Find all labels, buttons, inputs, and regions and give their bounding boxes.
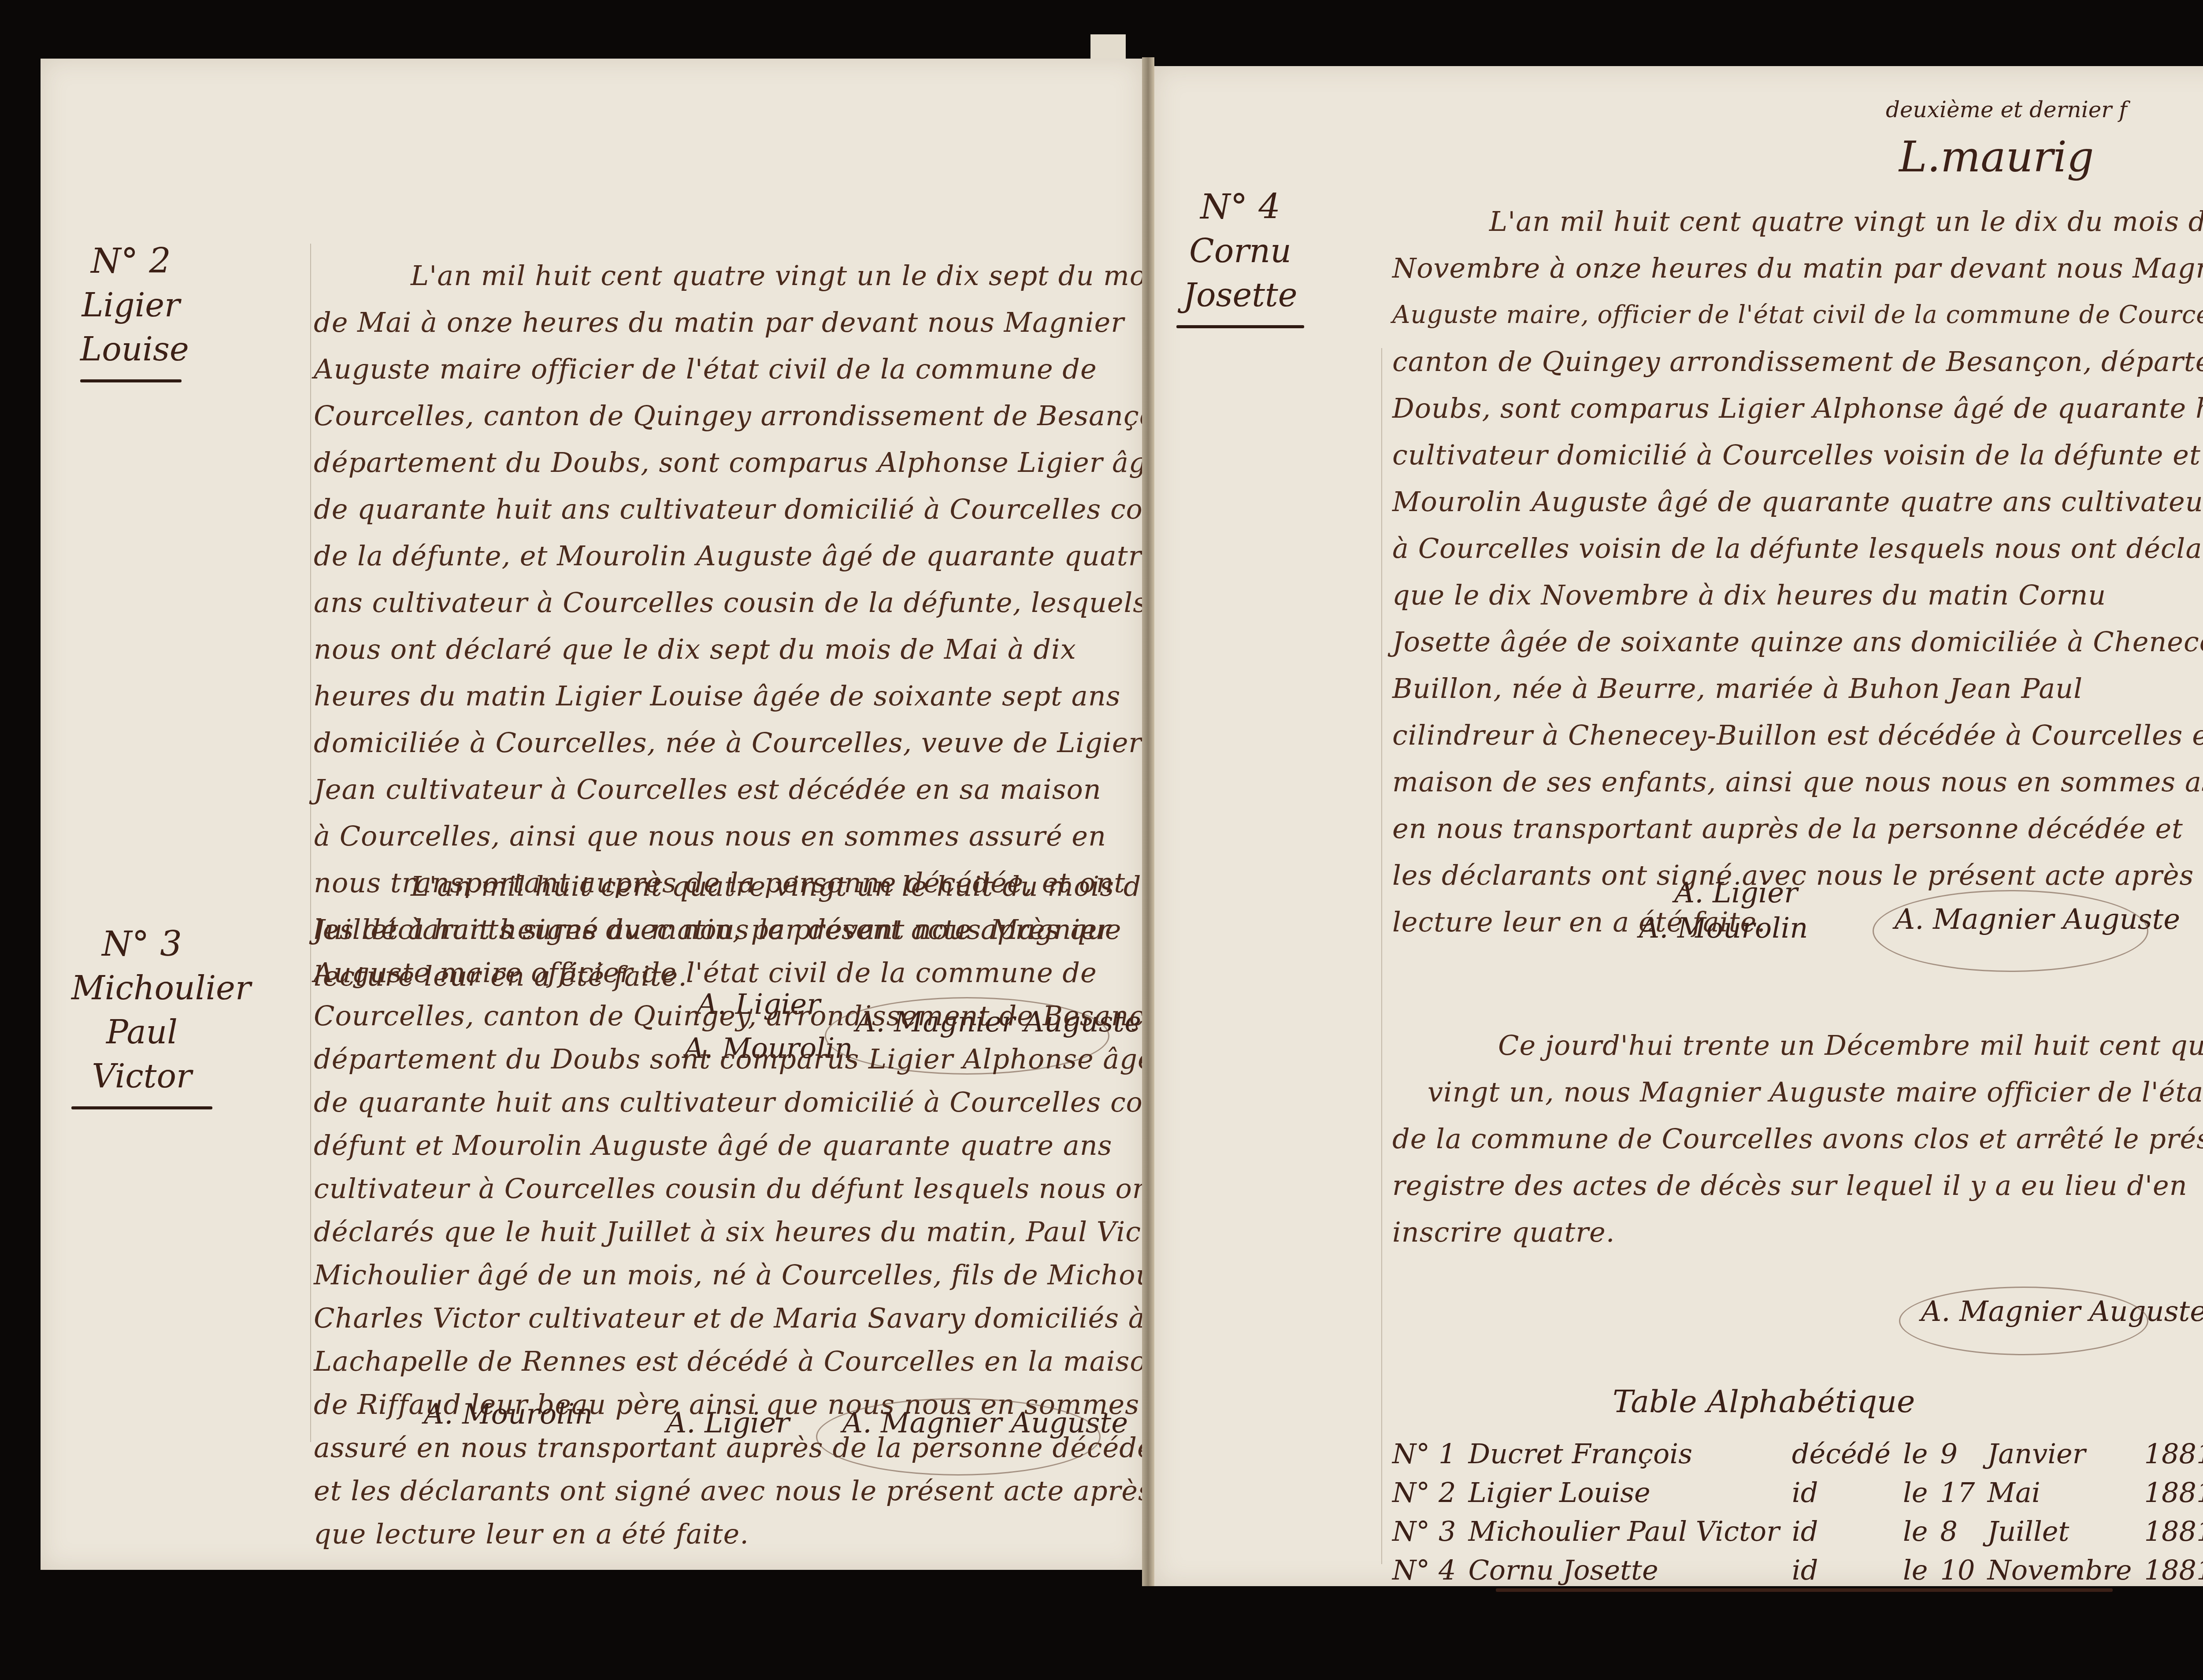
entry-number: N° 2 [80,239,182,283]
text-line: maison de ses enfants, ainsi que nous no… [1392,759,2203,805]
text-line: Novembre à onze heures du matin par deva… [1392,245,2203,292]
signature-mourolin: A. Mourolin [424,1398,593,1431]
row-le: le [1903,1436,1940,1475]
table-row: N° 2 Ligier Louise id le 17 Mai 1881 [1392,1475,2203,1514]
row-year: 1881 [2144,1514,2203,1553]
text-line: L'an mil huit cent quatre vingt un le di… [314,252,1133,299]
row-year: 1881 [2144,1553,2203,1591]
text-line: domiciliée à Courcelles, née à Courcelle… [314,719,1133,766]
text-line: déclarés que le huit Juillet à six heure… [314,1210,1133,1254]
text-line: que le dix Novembre à dix heures du mati… [1392,572,2203,619]
margin-rule [1381,348,1382,1564]
row-month: Mai [1987,1475,2144,1514]
entry-label-no4: N° 4 Cornu Josette [1176,185,1304,328]
text-line: Juillet à huit heures du matin, par deva… [314,908,1133,951]
entry-given-name: Josette [1176,273,1304,317]
closing-rule [1496,1588,2113,1592]
text-line: en nous transportant auprès de la person… [1392,805,2203,852]
entry-surname: Ligier [80,283,182,327]
row-month: Janvier [1987,1436,2144,1475]
row-name: Ducret François [1468,1436,1791,1475]
row-year: 1881 [2144,1475,2203,1514]
signature-flourish [1899,1287,2148,1355]
entry-given-name: Paul Victor [71,1010,212,1098]
signature-flourish [1873,890,2148,972]
left-page: N° 2 Ligier Louise L'an mil huit cent qu… [41,59,1142,1570]
row-name: Michoulier Paul Victor [1468,1514,1791,1553]
entry-surname: Cornu [1176,229,1304,273]
signature-ligier: A. Ligier [1674,877,1798,909]
text-line: Ce jourd'hui trente un Décembre mil huit… [1392,1022,2203,1069]
row-status: décédé [1792,1436,1903,1475]
row-day: 17 [1940,1475,1988,1514]
text-line: nous ont déclaré que le dix sept du mois… [314,626,1133,673]
text-line: Courcelles, canton de Quingey arrondisse… [314,393,1133,439]
text-line: cultivateur à Courcelles cousin du défun… [314,1167,1133,1210]
text-line: L'an mil huit cent quatre vingt un le di… [1392,198,2203,245]
text-line: vingt un, nous Magnier Auguste maire off… [1392,1069,2203,1116]
text-line: département du Doubs, sont comparus Alph… [314,439,1133,486]
text-line: Courcelles, canton de Quingey, arrondiss… [314,994,1133,1038]
text-line: Charles Victor cultivateur et de Maria S… [314,1297,1133,1340]
text-line: département du Doubs sont comparus Ligie… [314,1038,1133,1081]
table-title: Table Alphabétique [1613,1383,1915,1420]
text-line: Jean cultivateur à Courcelles est décédé… [314,766,1133,813]
signature-mourolin: A. Mourolin [1639,912,1808,945]
label-underline [80,379,182,382]
entry-label-no3: N° 3 Michoulier Paul Victor [71,922,212,1109]
row-name: Ligier Louise [1468,1475,1791,1514]
row-status: id [1792,1514,1903,1553]
text-line: Auguste maire officier de l'état civil d… [314,951,1133,994]
row-number: N° 3 [1392,1514,1468,1553]
entry-surname: Michoulier [71,966,212,1010]
row-month: Novembre [1987,1553,2144,1591]
book-gutter [1142,57,1154,1586]
row-number: N° 1 [1392,1436,1468,1475]
row-month: Juillet [1987,1514,2144,1553]
row-number: N° 4 [1392,1553,1468,1591]
entry-number: N° 3 [71,922,212,966]
text-line: de la défunte, et Mourolin Auguste âgé d… [314,533,1133,579]
text-line: heures du matin Ligier Louise âgée de so… [314,673,1133,719]
entry-label-no2: N° 2 Ligier Louise [80,239,182,382]
margin-rule [310,244,311,1442]
text-line: de Mai à onze heures du matin par devant… [314,299,1133,346]
text-line: de quarante huit ans cultivateur domicil… [314,486,1133,533]
table-row: N° 3 Michoulier Paul Victor id le 8 Juil… [1392,1514,2203,1553]
closing-statement: Ce jourd'hui trente un Décembre mil huit… [1392,1022,2203,1256]
folio-note: deuxième et dernier f [1886,97,2127,122]
row-day: 10 [1940,1553,1988,1591]
folio-mark: L.maurig [1899,132,2094,182]
text-line: Mourolin Auguste âgé de quarante quatre … [1392,478,2203,525]
signature-flourish [816,1398,1101,1476]
label-underline [1176,325,1304,328]
text-line: ans cultivateur à Courcelles cousin de l… [314,579,1133,626]
text-line: à Courcelles voisin de la défunte lesque… [1392,525,2203,572]
row-year: 1881 [2144,1436,2203,1475]
text-line: Michoulier âgé de un mois, né à Courcell… [314,1254,1133,1297]
text-line: Auguste maire officier de l'état civil d… [314,346,1133,393]
book-spine-top [1090,34,1126,61]
entry-number: N° 4 [1176,185,1304,229]
text-line: défunt et Mourolin Auguste âgé de quaran… [314,1124,1133,1167]
text-line: L'an mil huit cent quatre vingt un le hu… [314,865,1133,908]
text-line: les déclarants ont signé avec nous le pr… [1392,852,2203,899]
text-line: de la commune de Courcelles avons clos e… [1392,1116,2203,1162]
text-line: Auguste maire, officier de l'état civil … [1392,292,2203,338]
row-status: id [1792,1553,1903,1591]
row-name: Cornu Josette [1468,1553,1791,1591]
text-line: à Courcelles, ainsi que nous nous en som… [314,813,1133,860]
text-line: que lecture leur en a été faite. [314,1513,1133,1556]
table-row: N° 4 Cornu Josette id le 10 Novembre 188… [1392,1553,2203,1591]
row-le: le [1903,1475,1940,1514]
row-day: 9 [1940,1436,1988,1475]
text-line: cilindreur à Chenecey-Buillon est décédé… [1392,712,2203,759]
signature-ligier: A. Ligier [666,1407,790,1439]
entry-given-name: Louise [80,327,182,371]
text-line: registre des actes de décès sur lequel i… [1392,1162,2203,1209]
row-le: le [1903,1553,1940,1591]
row-le: le [1903,1514,1940,1553]
text-line: inscrire quatre. [1392,1209,2203,1256]
row-number: N° 2 [1392,1475,1468,1514]
right-page: deuxième et dernier f L.maurig N° 4 Corn… [1154,66,2203,1586]
entry-text-no4: L'an mil huit cent quatre vingt un le di… [1392,198,2203,946]
row-status: id [1792,1475,1903,1514]
text-line: canton de Quingey arrondissement de Besa… [1392,338,2203,385]
text-line: Buillon, née à Beurre, mariée à Buhon Je… [1392,665,2203,712]
text-line: de quarante huit ans cultivateur domicil… [314,1081,1133,1124]
label-underline [71,1106,212,1109]
text-line: Josette âgée de soixante quinze ans domi… [1392,619,2203,665]
text-line: cultivateur domicilié à Courcelles voisi… [1392,432,2203,478]
row-day: 8 [1940,1514,1988,1553]
table-row: N° 1 Ducret François décédé le 9 Janvier… [1392,1436,2203,1475]
text-line: et les déclarants ont signé avec nous le… [314,1469,1133,1513]
alphabetical-table: N° 1 Ducret François décédé le 9 Janvier… [1392,1436,2203,1591]
text-line: Lachapelle de Rennes est décédé à Cource… [314,1340,1133,1383]
text-line: Doubs, sont comparus Ligier Alphonse âgé… [1392,385,2203,432]
